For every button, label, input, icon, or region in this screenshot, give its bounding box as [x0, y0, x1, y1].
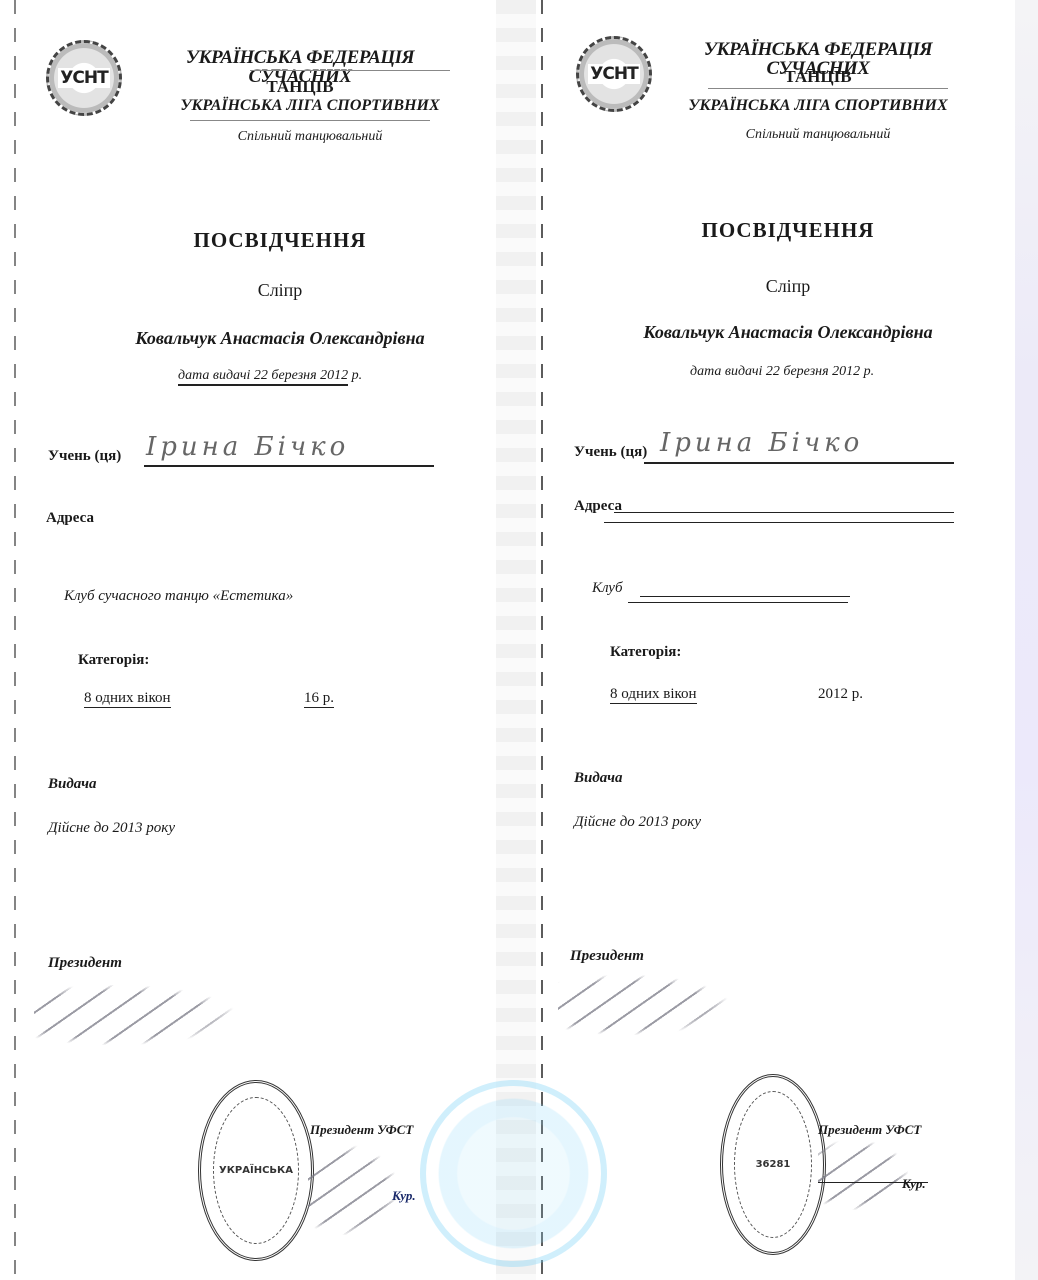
club-label: Клуб — [592, 580, 623, 597]
header-line-4: Спільний танцювальний — [688, 128, 948, 142]
issue-date: дата видачі 22 березня 2012 р. — [178, 368, 348, 386]
header-line-3: УКРАЇНСЬКА ЛІГА СПОРТИВНИХ — [160, 98, 460, 114]
address-label: Адреса — [46, 510, 94, 527]
notes-label: Видача — [48, 776, 96, 793]
signature-scribble-icon — [34, 985, 234, 1045]
president-signature-icon — [308, 1145, 398, 1235]
scan-edge — [1015, 0, 1038, 1280]
cut-line-left — [14, 0, 16, 1280]
header-line-2: ТАНЦІВ — [658, 68, 978, 85]
student-field-line — [644, 462, 954, 464]
header-rule — [190, 120, 430, 121]
document-subtitle: Сліпр — [588, 276, 988, 297]
header-line-4: Спільний танцювальний — [180, 130, 440, 144]
certificate-left: УСНТ УКРАЇНСЬКА ФЕДЕРАЦІЯ СУЧАСНИХ ТАНЦІ… — [20, 0, 496, 1280]
holder-name: Ковальчук Анастасія Олександрівна — [80, 328, 480, 349]
president-signature-icon — [818, 1140, 908, 1210]
document-subtitle: Сліпр — [80, 280, 480, 301]
official-stamp-icon: 36281 — [720, 1074, 826, 1255]
issue-date: дата видачі 22 березня 2012 р. — [690, 364, 860, 380]
category-value: 8 одних вікон — [84, 690, 171, 708]
header-rule — [708, 88, 948, 89]
signature-scribble-icon — [558, 975, 728, 1035]
signer-abbr: Кур. — [392, 1188, 416, 1204]
club-field-line — [640, 596, 850, 597]
club-text: Клуб сучасного танцю «Естетика» — [64, 588, 293, 605]
document-title: ПОСВІДЧЕННЯ — [588, 218, 988, 243]
holder-name: Ковальчук Анастасія Олександрівна — [588, 322, 988, 343]
certificate-right: УСНТ УКРАЇНСЬКА ФЕДЕРАЦІЯ СУЧАСНИХ ТАНЦІ… — [548, 0, 1014, 1280]
document-title: ПОСВІДЧЕННЯ — [80, 228, 480, 253]
header-line-3: УКРАЇНСЬКА ЛІГА СПОРТИВНИХ — [668, 98, 968, 114]
logo-text: УСНТ — [58, 68, 109, 88]
header-line-2: ТАНЦІВ — [140, 78, 460, 95]
category-label: Категорія: — [78, 652, 149, 669]
student-field-line — [144, 465, 434, 467]
category-label: Категорія: — [610, 644, 681, 661]
address-field-line — [614, 512, 954, 513]
header-rule — [250, 70, 450, 71]
student-name-handwritten: Ірина Бічко — [146, 432, 349, 462]
signature-role-label: Президент — [570, 948, 644, 965]
notes-value: Дійсне до 2013 року — [48, 820, 175, 837]
category-year: 16 р. — [304, 690, 334, 708]
logo-text: УСНТ — [588, 64, 639, 84]
student-label: Учень (ця) — [574, 444, 647, 461]
stamp-text: УКРАЇНСЬКА — [219, 1165, 293, 1177]
federation-logo-icon: УСНТ — [46, 40, 122, 116]
stamp-role: Президент УФСТ — [818, 1122, 921, 1138]
federation-logo-icon: УСНТ — [576, 36, 652, 112]
notes-label: Видача — [574, 770, 622, 787]
stamp-text: 36281 — [756, 1159, 791, 1171]
official-stamp-icon: УКРАЇНСЬКА — [198, 1080, 314, 1261]
notes-value: Дійсне до 2013 року — [574, 814, 701, 831]
address-field-line — [604, 522, 954, 523]
stamp-role: Президент УФСТ — [310, 1122, 413, 1138]
club-field-line — [628, 602, 848, 603]
signature-role-label: Президент — [48, 955, 122, 972]
student-name-handwritten: Ірина Бічко — [660, 428, 863, 458]
student-label: Учень (ця) — [48, 448, 121, 465]
category-year: 2012 р. — [818, 686, 863, 703]
category-value: 8 одних вікон — [610, 686, 697, 704]
signer-abbr: Кур. — [902, 1176, 926, 1192]
